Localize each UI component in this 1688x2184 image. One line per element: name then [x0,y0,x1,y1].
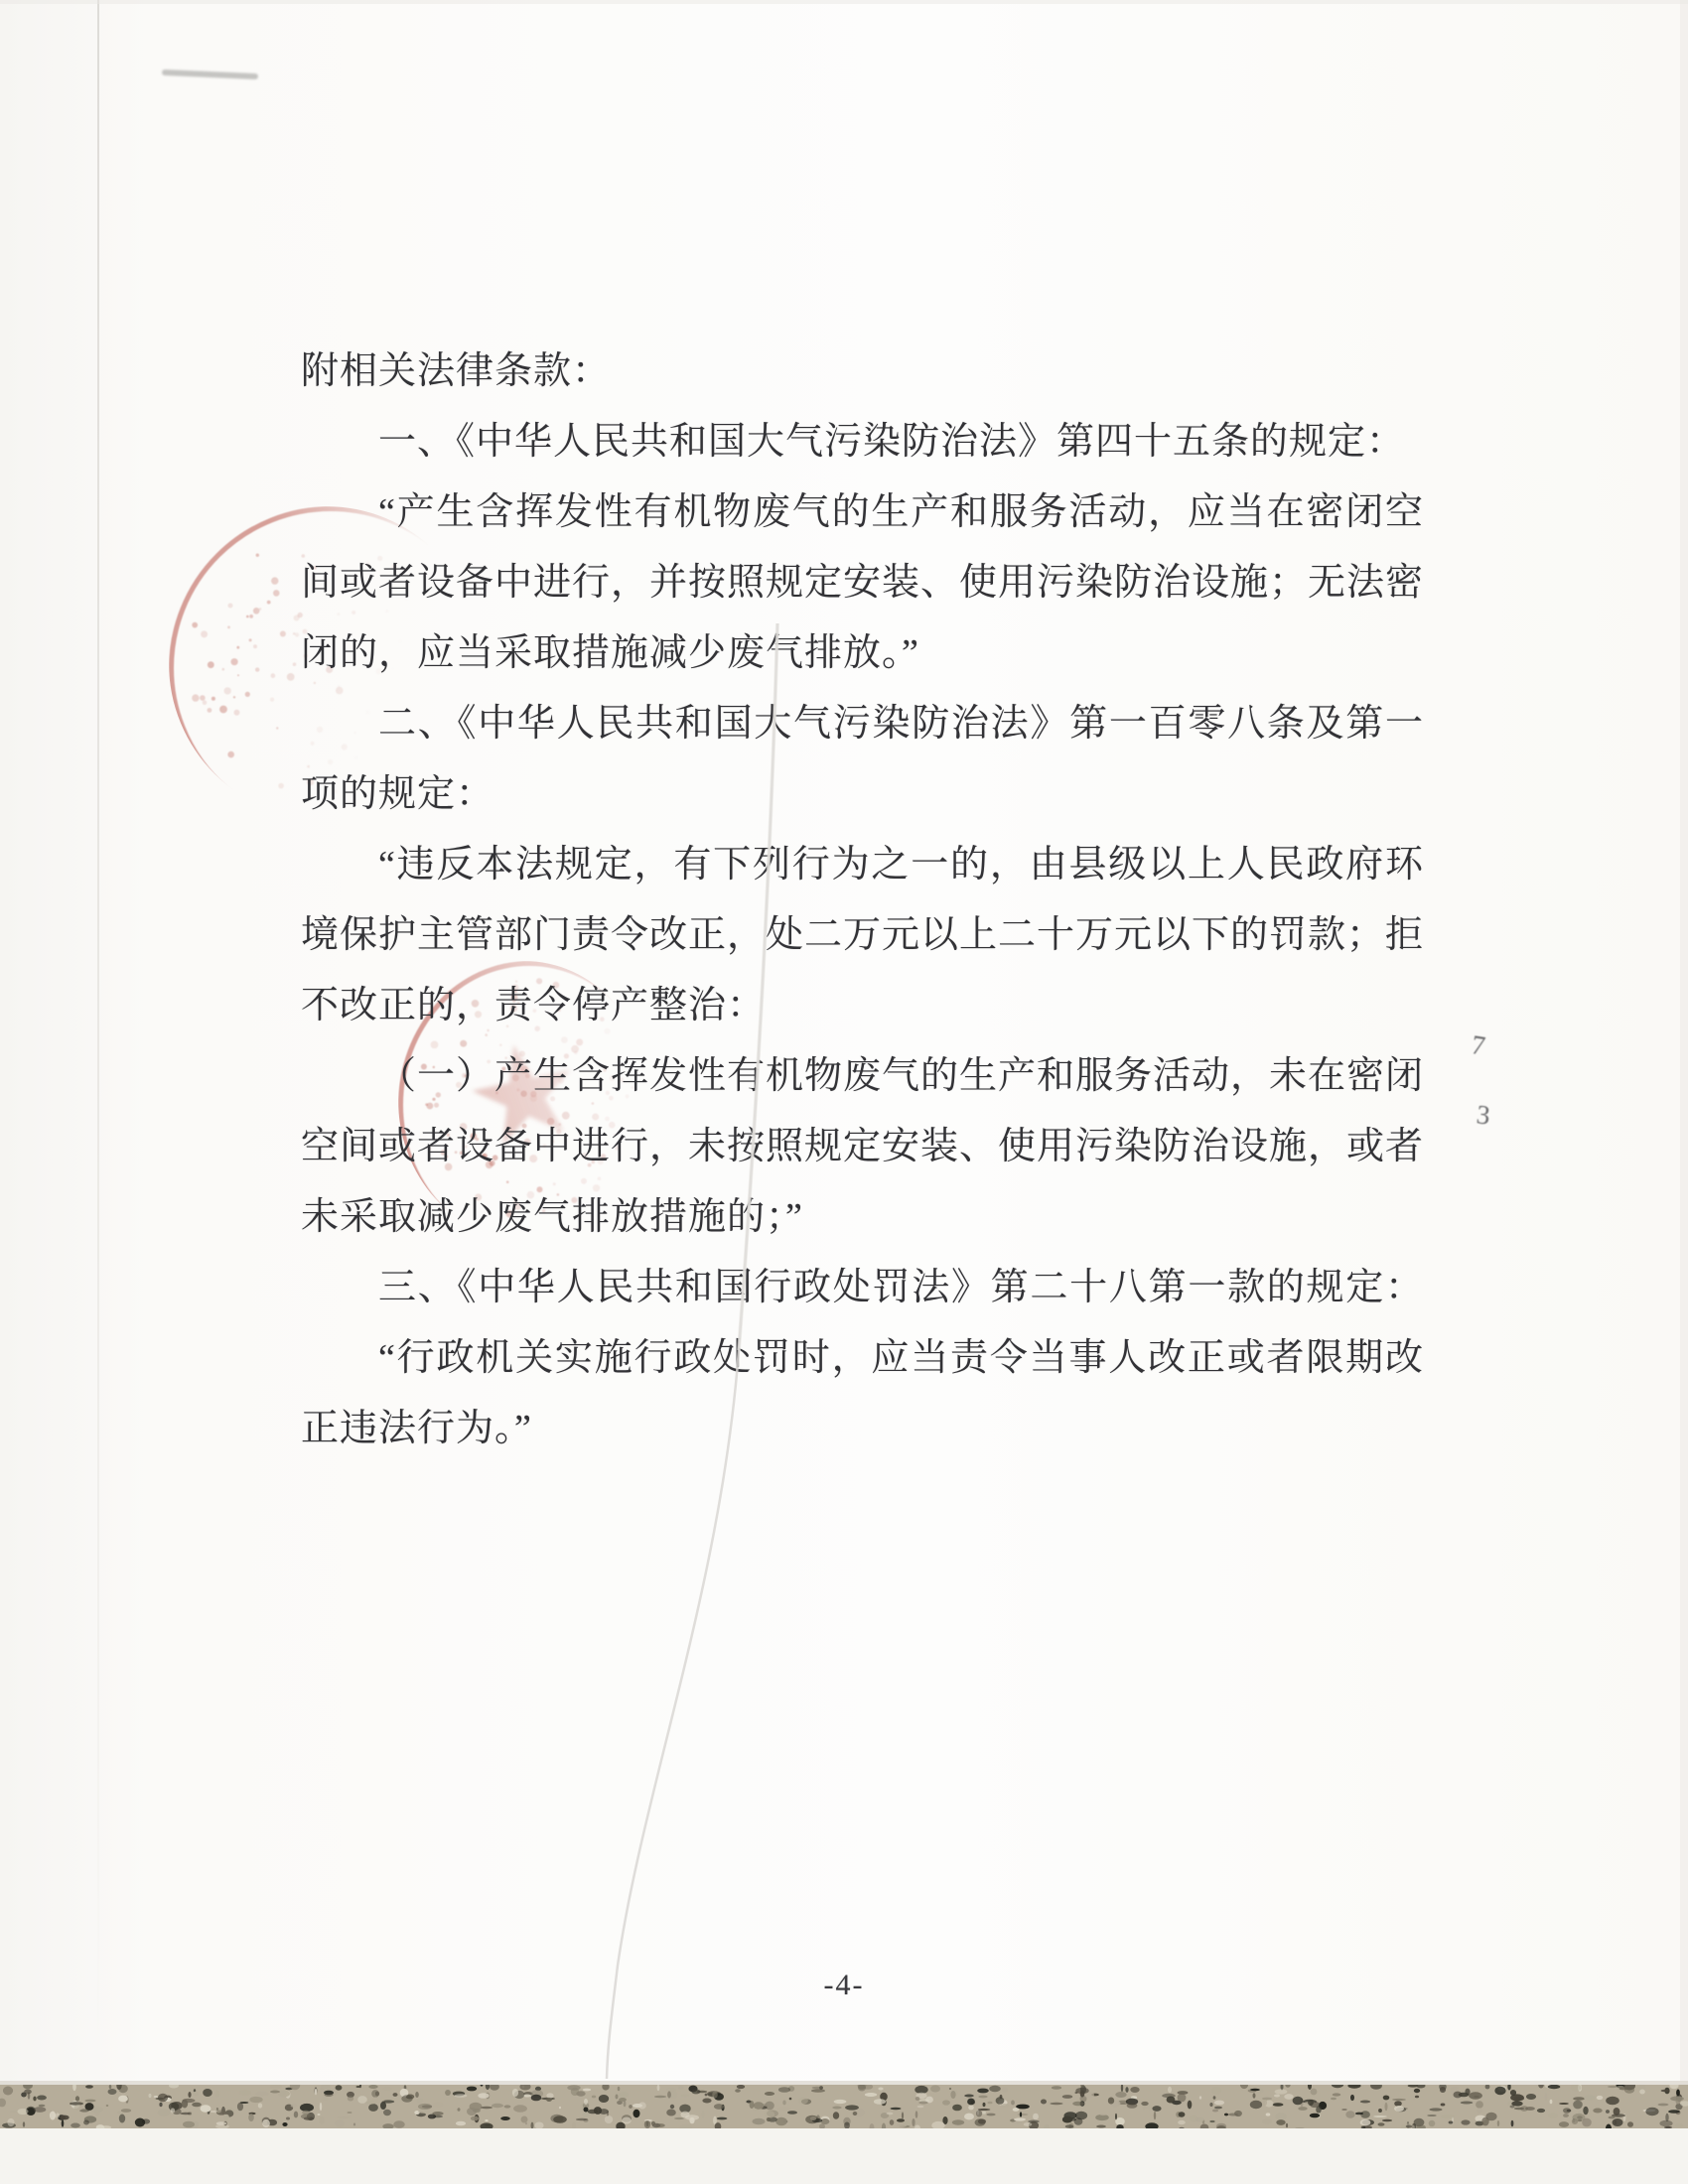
background-below-table [0,2128,1688,2184]
page-number: -4- [784,1961,904,2010]
scanned-document-page: ★ 附相关法律条款：一、《中华人民共和国大气污染防治法》第四十五条的规定：“产生… [0,0,1688,2184]
granite-table-strip [0,2085,1688,2128]
paper-crease [0,0,1688,2184]
